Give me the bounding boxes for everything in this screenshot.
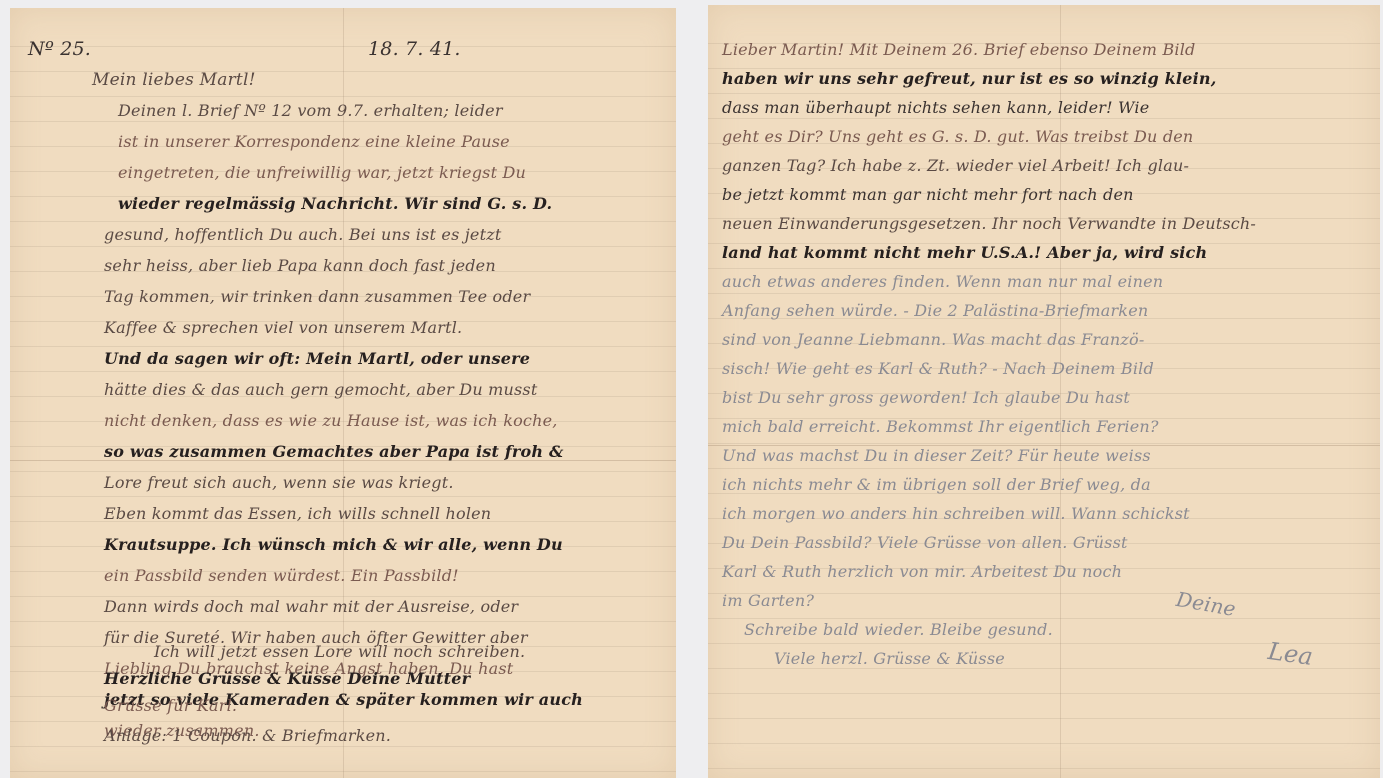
body-line: Tag kommen, wir trinken dann zusammen Te… [104,281,583,312]
body-line: geht es Dir? Uns geht es G. s. D. gut. W… [722,122,1256,151]
body-line: Und was machst Du in dieser Zeit? Für he… [722,441,1190,470]
body-line: Karl & Ruth herzlich von mir. Arbeitest … [722,557,1190,586]
closing-line: Herzliche Grüsse & Küsse Deine Mutter [104,666,525,691]
enclosure-note: Anlage: 1 Coupon. & Briefmarken. [104,721,525,751]
closing-line: Grüsse für Karl. [104,691,525,721]
body-line: Lieber Martin! Mit Deinem 26. Brief eben… [722,35,1256,64]
body-line: auch etwas anderes finden. Wenn man nur … [722,267,1190,296]
letter-page-left: Nº 25. 18. 7. 41. Mein liebes Martl! Dei… [10,8,676,778]
body-line: land hat kommt nicht mehr U.S.A.! Aber j… [722,238,1256,267]
letter-page-right: Lieber Martin! Mit Deinem 26. Brief eben… [708,5,1380,778]
body-line: Viele herzl. Grüsse & Küsse [722,644,1190,673]
body-line: Lore freut sich auch, wenn sie was krieg… [104,467,583,498]
salutation: Mein liebes Martl! [92,70,256,90]
letter-date: 18. 7. 41. [368,38,461,60]
body-line: Deinen l. Brief Nº 12 vom 9.7. erhalten;… [118,95,552,126]
letter-body-right-pencil: auch etwas anderes finden. Wenn man nur … [722,267,1190,673]
letter-body-left: Deinen l. Brief Nº 12 vom 9.7. erhalten;… [118,95,552,219]
body-line: im Garten? [722,586,1190,615]
body-line: gesund, hoffentlich Du auch. Bei uns ist… [104,219,583,250]
body-line: ich morgen wo anders hin schreiben will.… [722,499,1190,528]
body-line: be jetzt kommt man gar nicht mehr fort n… [722,180,1256,209]
body-line: so was zusammen Gemachtes aber Papa ist … [104,436,583,467]
letter-number: Nº 25. [28,38,91,60]
body-line: sisch! Wie geht es Karl & Ruth? - Nach D… [722,354,1190,383]
body-line: Du Dein Passbild? Viele Grüsse von allen… [722,528,1190,557]
body-line: Kaffee & sprechen viel von unserem Martl… [104,312,583,343]
body-line: Und da sagen wir oft: Mein Martl, oder u… [104,343,583,374]
body-line: bist Du sehr gross geworden! Ich glaube … [722,383,1190,412]
body-line: Anfang sehen würde. - Die 2 Palästina-Br… [722,296,1190,325]
body-line: haben wir uns sehr gefreut, nur ist es s… [722,64,1256,93]
body-line: ich nichts mehr & im übrigen soll der Br… [722,470,1190,499]
body-line: sind von Jeanne Liebmann. Was macht das … [722,325,1190,354]
body-line: neuen Einwanderungsgesetzen. Ihr noch Ve… [722,209,1256,238]
body-line: Dann wirds doch mal wahr mit der Ausreis… [104,591,583,622]
signature-name: Lea [1266,637,1315,671]
body-line: dass man überhaupt nichts sehen kann, le… [722,93,1256,122]
body-line: ist in unserer Korrespondenz eine kleine… [118,126,552,157]
body-line: Krautsuppe. Ich wünsch mich & wir alle, … [104,529,583,560]
body-line: nicht denken, dass es wie zu Hause ist, … [104,405,583,436]
body-line: Eben kommt das Essen, ich wills schnell … [104,498,583,529]
body-line: ganzen Tag? Ich habe z. Zt. wieder viel … [722,151,1256,180]
body-line: eingetreten, die unfreiwillig war, jetzt… [118,157,552,188]
body-line: mich bald erreicht. Bekommst Ihr eigentl… [722,412,1190,441]
letter-closing-left: Ich will jetzt essen Lore will noch schr… [104,637,525,751]
letter-body-right: Lieber Martin! Mit Deinem 26. Brief eben… [722,35,1256,267]
body-line: Schreibe bald wieder. Bleibe gesund. [722,615,1190,644]
body-line: sehr heiss, aber lieb Papa kann doch fas… [104,250,583,281]
body-line: ein Passbild senden würdest. Ein Passbil… [104,560,583,591]
body-line: wieder regelmässig Nachricht. Wir sind G… [118,188,552,219]
closing-line: Ich will jetzt essen Lore will noch schr… [104,637,525,666]
body-line: hätte dies & das auch gern gemocht, aber… [104,374,583,405]
